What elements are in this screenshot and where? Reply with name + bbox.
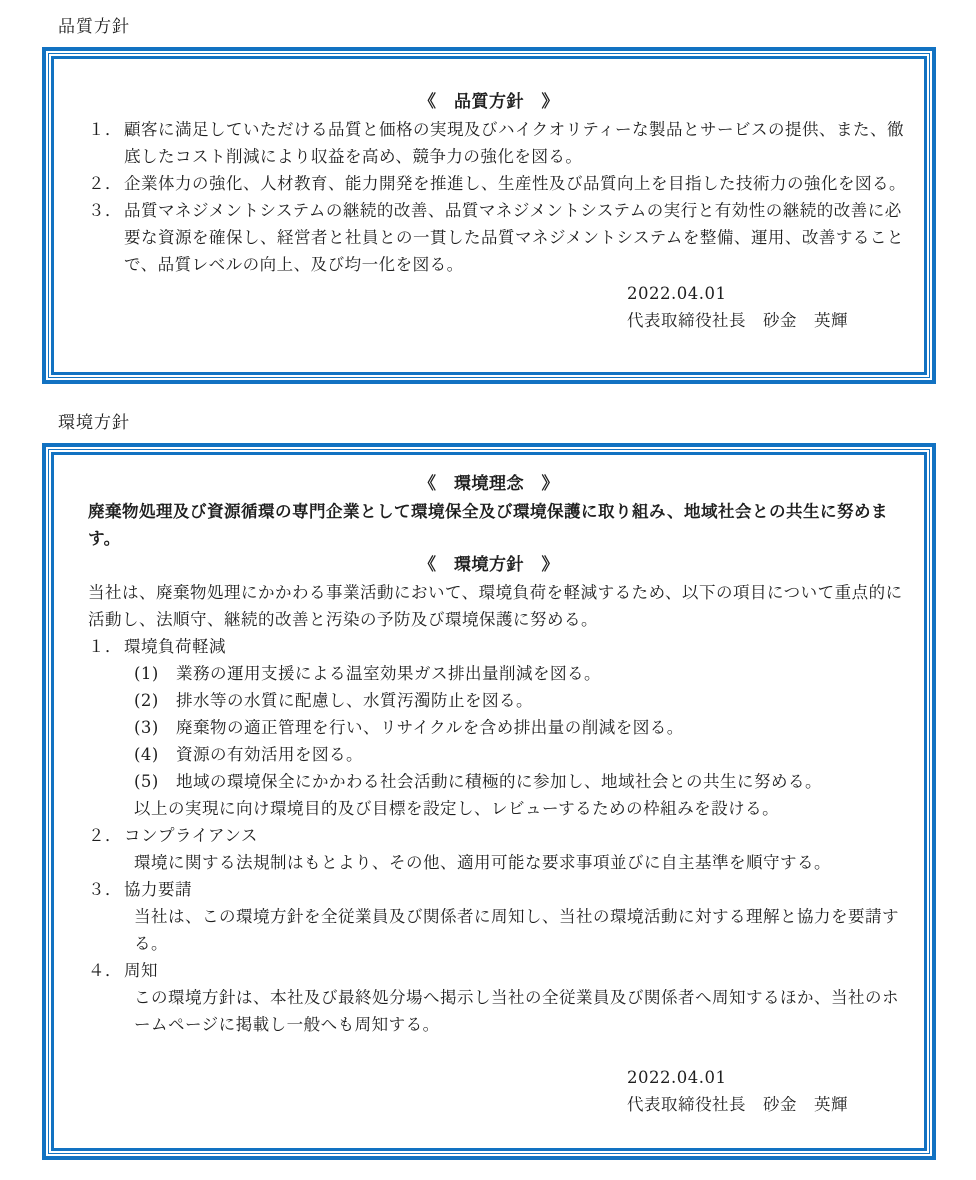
quality-item-3-text: 品質マネジメントシステムの継続的改善、品質マネジメントシステムの実行と有効性の継…: [124, 197, 906, 278]
quality-item-2: ２． 企業体力の強化、人材教育、能力開発を推進し、生産性及び品質向上を目指した技…: [88, 170, 906, 197]
environment-item-1-number: １．: [88, 633, 124, 660]
quality-section-label: 品質方針: [58, 12, 936, 37]
environment-subitem-5-number: (5): [134, 768, 176, 795]
environment-policy-title: 《 環境方針 》: [72, 552, 906, 579]
environment-item-4-number: ４．: [88, 957, 124, 984]
environment-section-label: 環境方針: [58, 408, 936, 433]
environment-subitem-2-number: (2): [134, 687, 176, 714]
environment-philosophy-title: 《 環境理念 》: [72, 471, 906, 498]
environment-intro: 当社は、廃棄物処理にかかわる事業活動において、環境負荷を軽減するため、以下の項目…: [88, 579, 906, 633]
environment-date: 2022.04.01: [627, 1064, 906, 1091]
environment-item-1-heading: 環境負荷軽減: [124, 633, 906, 660]
environment-item-1: １． 環境負荷軽減: [88, 633, 906, 660]
environment-item-3-number: ３．: [88, 876, 124, 903]
environment-signer: 代表取締役社長 砂金 英輝: [627, 1091, 906, 1118]
quality-section: 品質方針 《 品質方針 》 １． 顧客に満足していただける品質と価格の実現及びハ…: [42, 12, 936, 384]
quality-item-3: ３． 品質マネジメントシステムの継続的改善、品質マネジメントシステムの実行と有効…: [88, 197, 906, 278]
environment-box-content: 《 環境理念 》 廃棄物処理及び資源循環の専門企業として環境保全及び環境保護に取…: [54, 455, 924, 1148]
quality-item-2-number: ２．: [88, 170, 124, 197]
document-page: 品質方針 《 品質方針 》 １． 顧客に満足していただける品質と価格の実現及びハ…: [0, 0, 976, 1180]
environment-section: 環境方針 《 環境理念 》 廃棄物処理及び資源循環の専門企業として環境保全及び環…: [42, 408, 936, 1160]
environment-item-4: ４． 周知: [88, 957, 906, 984]
environment-frame: 《 環境理念 》 廃棄物処理及び資源循環の専門企業として環境保全及び環境保護に取…: [42, 443, 936, 1160]
environment-subitem-5-text: 地域の環境保全にかかわる社会活動に積極的に参加し、地域社会との共生に努める。: [176, 768, 822, 795]
quality-item-1-text: 顧客に満足していただける品質と価格の実現及びハイクオリティーな製品とサービスの提…: [124, 116, 906, 170]
environment-subitem-3-text: 廃棄物の適正管理を行い、リサイクルを含め排出量の削減を図る。: [176, 714, 684, 741]
quality-frame: 《 品質方針 》 １． 顧客に満足していただける品質と価格の実現及びハイクオリテ…: [42, 47, 936, 384]
quality-item-3-number: ３．: [88, 197, 124, 224]
environment-subitem-1: (1) 業務の運用支援による温室効果ガス排出量削減を図る。: [134, 660, 906, 687]
environment-item-3-heading: 協力要請: [124, 876, 906, 903]
environment-item-2-heading: コンプライアンス: [124, 822, 906, 849]
environment-signature-block: 2022.04.01 代表取締役社長 砂金 英輝: [627, 1064, 906, 1118]
environment-item-3: ３． 協力要請: [88, 876, 906, 903]
quality-frame-inner: 《 品質方針 》 １． 顧客に満足していただける品質と価格の実現及びハイクオリテ…: [51, 56, 927, 375]
environment-item-4-heading: 周知: [124, 957, 906, 984]
environment-subitem-1-number: (1): [134, 660, 176, 687]
quality-item-1-number: １．: [88, 116, 124, 143]
quality-date: 2022.04.01: [627, 280, 906, 307]
environment-frame-mid: 《 環境理念 》 廃棄物処理及び資源循環の専門企業として環境保全及び環境保護に取…: [48, 449, 930, 1154]
environment-item-1-note: 以上の実現に向け環境目的及び目標を設定し、レビューするための枠組みを設ける。: [134, 795, 906, 822]
quality-item-1: １． 顧客に満足していただける品質と価格の実現及びハイクオリティーな製品とサービ…: [88, 116, 906, 170]
environment-subitem-4: (4) 資源の有効活用を図る。: [134, 741, 906, 768]
environment-item-2-number: ２．: [88, 822, 124, 849]
environment-philosophy-text: 廃棄物処理及び資源循環の専門企業として環境保全及び環境保護に取り組み、地域社会と…: [88, 498, 906, 552]
environment-subitem-2-text: 排水等の水質に配慮し、水質汚濁防止を図る。: [176, 687, 533, 714]
environment-subitem-4-number: (4): [134, 741, 176, 768]
environment-item-2: ２． コンプライアンス: [88, 822, 906, 849]
environment-frame-inner: 《 環境理念 》 廃棄物処理及び資源循環の専門企業として環境保全及び環境保護に取…: [51, 452, 927, 1151]
environment-item-3-body: 当社は、この環境方針を全従業員及び関係者に周知し、当社の環境活動に対する理解と協…: [134, 903, 906, 957]
environment-subitem-3: (3) 廃棄物の適正管理を行い、リサイクルを含め排出量の削減を図る。: [134, 714, 906, 741]
quality-policy-title: 《 品質方針 》: [72, 89, 906, 116]
quality-item-2-text: 企業体力の強化、人材教育、能力開発を推進し、生産性及び品質向上を目指した技術力の…: [124, 170, 906, 197]
environment-subitem-5: (5) 地域の環境保全にかかわる社会活動に積極的に参加し、地域社会との共生に努め…: [134, 768, 906, 795]
environment-subitem-1-text: 業務の運用支援による温室効果ガス排出量削減を図る。: [176, 660, 601, 687]
environment-subitem-2: (2) 排水等の水質に配慮し、水質汚濁防止を図る。: [134, 687, 906, 714]
environment-subitem-3-number: (3): [134, 714, 176, 741]
environment-item-4-body: この環境方針は、本社及び最終処分場へ掲示し当社の全従業員及び関係者へ周知するほか…: [134, 984, 906, 1038]
quality-frame-mid: 《 品質方針 》 １． 顧客に満足していただける品質と価格の実現及びハイクオリテ…: [48, 53, 930, 378]
quality-signature-block: 2022.04.01 代表取締役社長 砂金 英輝: [627, 280, 906, 334]
quality-signer: 代表取締役社長 砂金 英輝: [627, 307, 906, 334]
quality-box-content: 《 品質方針 》 １． 顧客に満足していただける品質と価格の実現及びハイクオリテ…: [54, 59, 924, 372]
environment-subitem-4-text: 資源の有効活用を図る。: [176, 741, 363, 768]
environment-item-2-body: 環境に関する法規制はもとより、その他、適用可能な要求事項並びに自主基準を順守する…: [134, 849, 906, 876]
